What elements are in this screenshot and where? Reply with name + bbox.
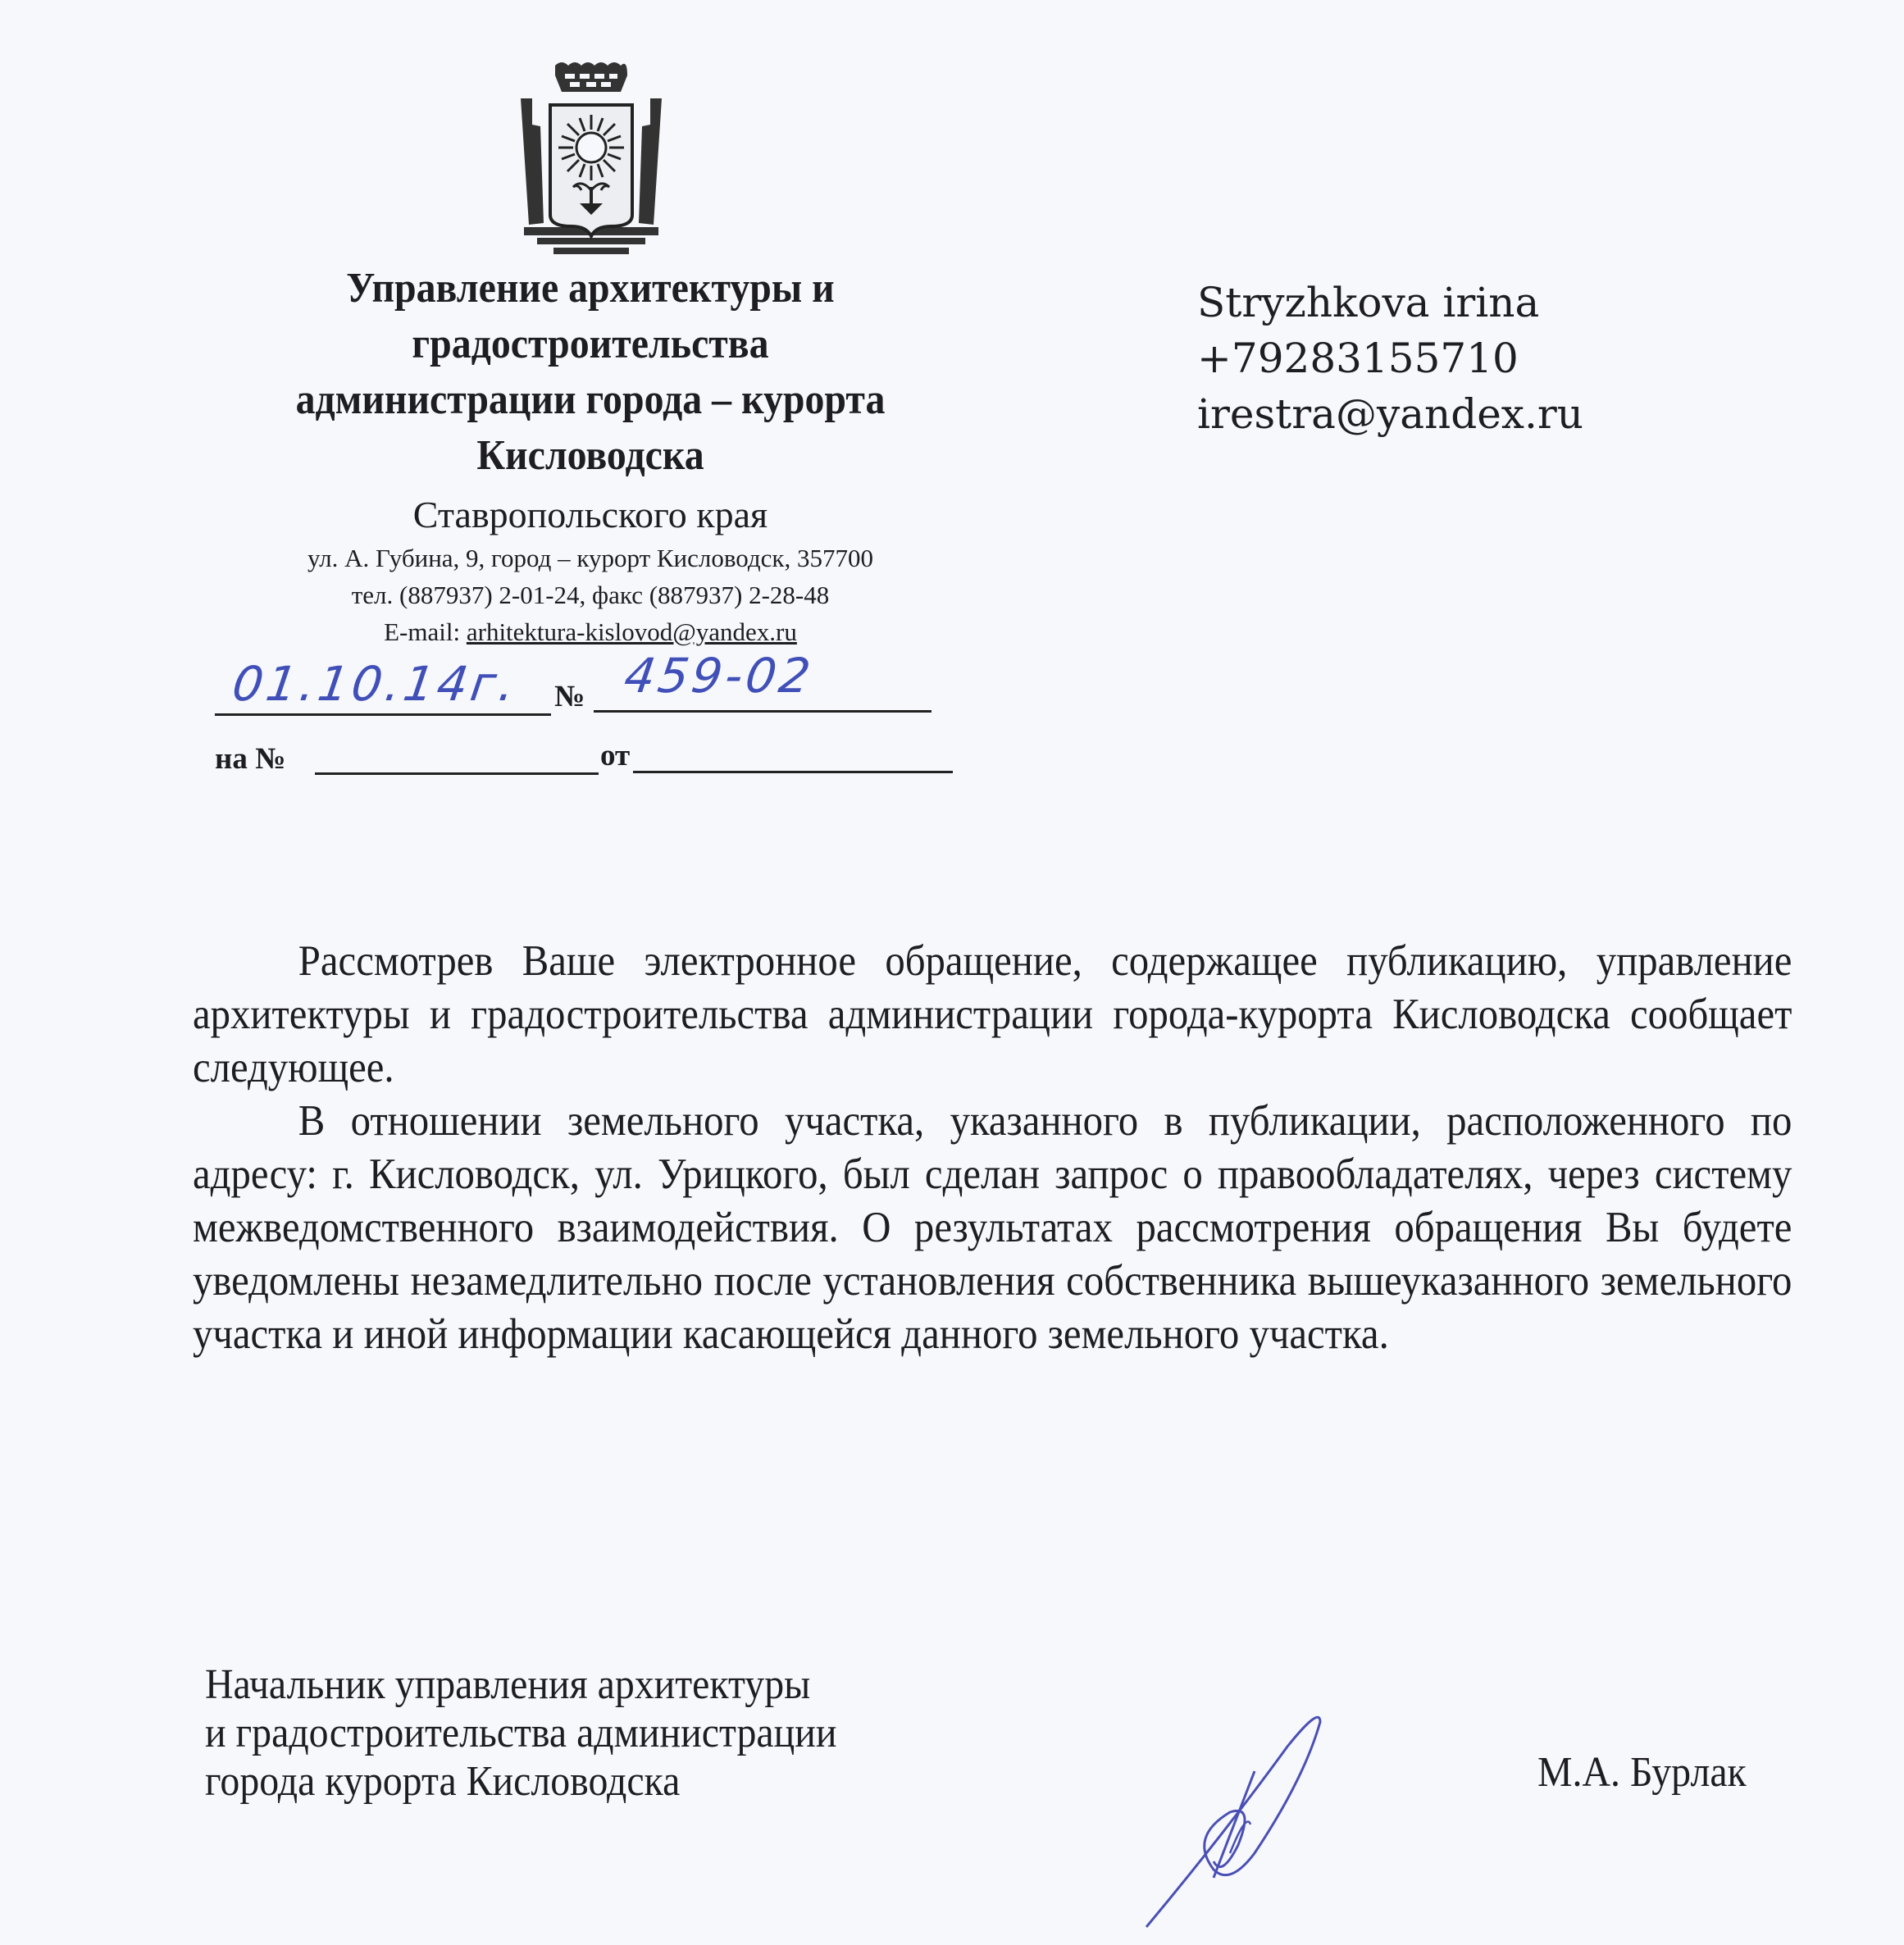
letter-body: Рассмотрев Ваше электронное обращение, с… xyxy=(193,935,1792,1361)
from-underline xyxy=(633,771,953,773)
recipient-phone: +79283155710 xyxy=(1197,330,1583,386)
org-email-line: E-mail: arhitektura-kislovod@yandex.ru xyxy=(197,613,984,650)
org-name-line-4: Кисловодска xyxy=(228,428,952,484)
registration-block: 01.10.14г. № 459-02 на № от xyxy=(215,656,961,787)
body-paragraph: Рассмотрев Ваше электронное обращение, с… xyxy=(193,935,1792,1095)
date-underline xyxy=(215,713,551,716)
org-phone-fax: тел. (887937) 2-01-24, факс (887937) 2-2… xyxy=(197,576,984,613)
reply-to-label: на № xyxy=(215,741,285,777)
number-underline xyxy=(594,710,932,713)
city-coat-of-arms-icon xyxy=(504,51,678,261)
handwritten-signature-icon xyxy=(1123,1689,1402,1935)
signatory-title-line: Начальник управления архитектуры xyxy=(205,1660,836,1709)
reply-to-underline xyxy=(315,772,599,775)
number-label: № xyxy=(554,679,585,714)
organization-header: Управление архитектуры и градостроительс… xyxy=(197,261,984,650)
org-name-line-2: градостроительства xyxy=(228,317,952,372)
signatory-title-line: и градостроительства администрации xyxy=(205,1709,836,1757)
outgoing-date: 01.10.14г. xyxy=(229,656,522,712)
org-name-line-3: администрации города – курорта xyxy=(228,372,952,428)
outgoing-number: 459-02 xyxy=(621,648,817,704)
letter-page: Управление архитектуры и градостроительс… xyxy=(0,0,1904,1945)
recipient-name: Stryzhkova irina xyxy=(1197,275,1583,330)
signatory-title: Начальник управления архитектуры и градо… xyxy=(205,1660,836,1806)
recipient-block: Stryzhkova irina +79283155710 irestra@ya… xyxy=(1197,275,1583,442)
org-email-label: E-mail: xyxy=(384,617,467,646)
recipient-email: irestra@yandex.ru xyxy=(1197,386,1583,442)
from-label: от xyxy=(600,738,630,773)
org-region: Ставропольского края xyxy=(197,490,984,540)
body-paragraph: В отношении земельного участка, указанно… xyxy=(193,1095,1792,1361)
signatory-title-line: города курорта Кисловодска xyxy=(205,1757,836,1806)
org-name-line-1: Управление архитектуры и xyxy=(228,261,952,317)
org-address: ул. А. Губина, 9, город – курорт Кислово… xyxy=(197,540,984,576)
org-email-link[interactable]: arhitektura-kislovod@yandex.ru xyxy=(467,617,797,646)
signatory-name: М.А. Бурлак xyxy=(1537,1748,1747,1797)
